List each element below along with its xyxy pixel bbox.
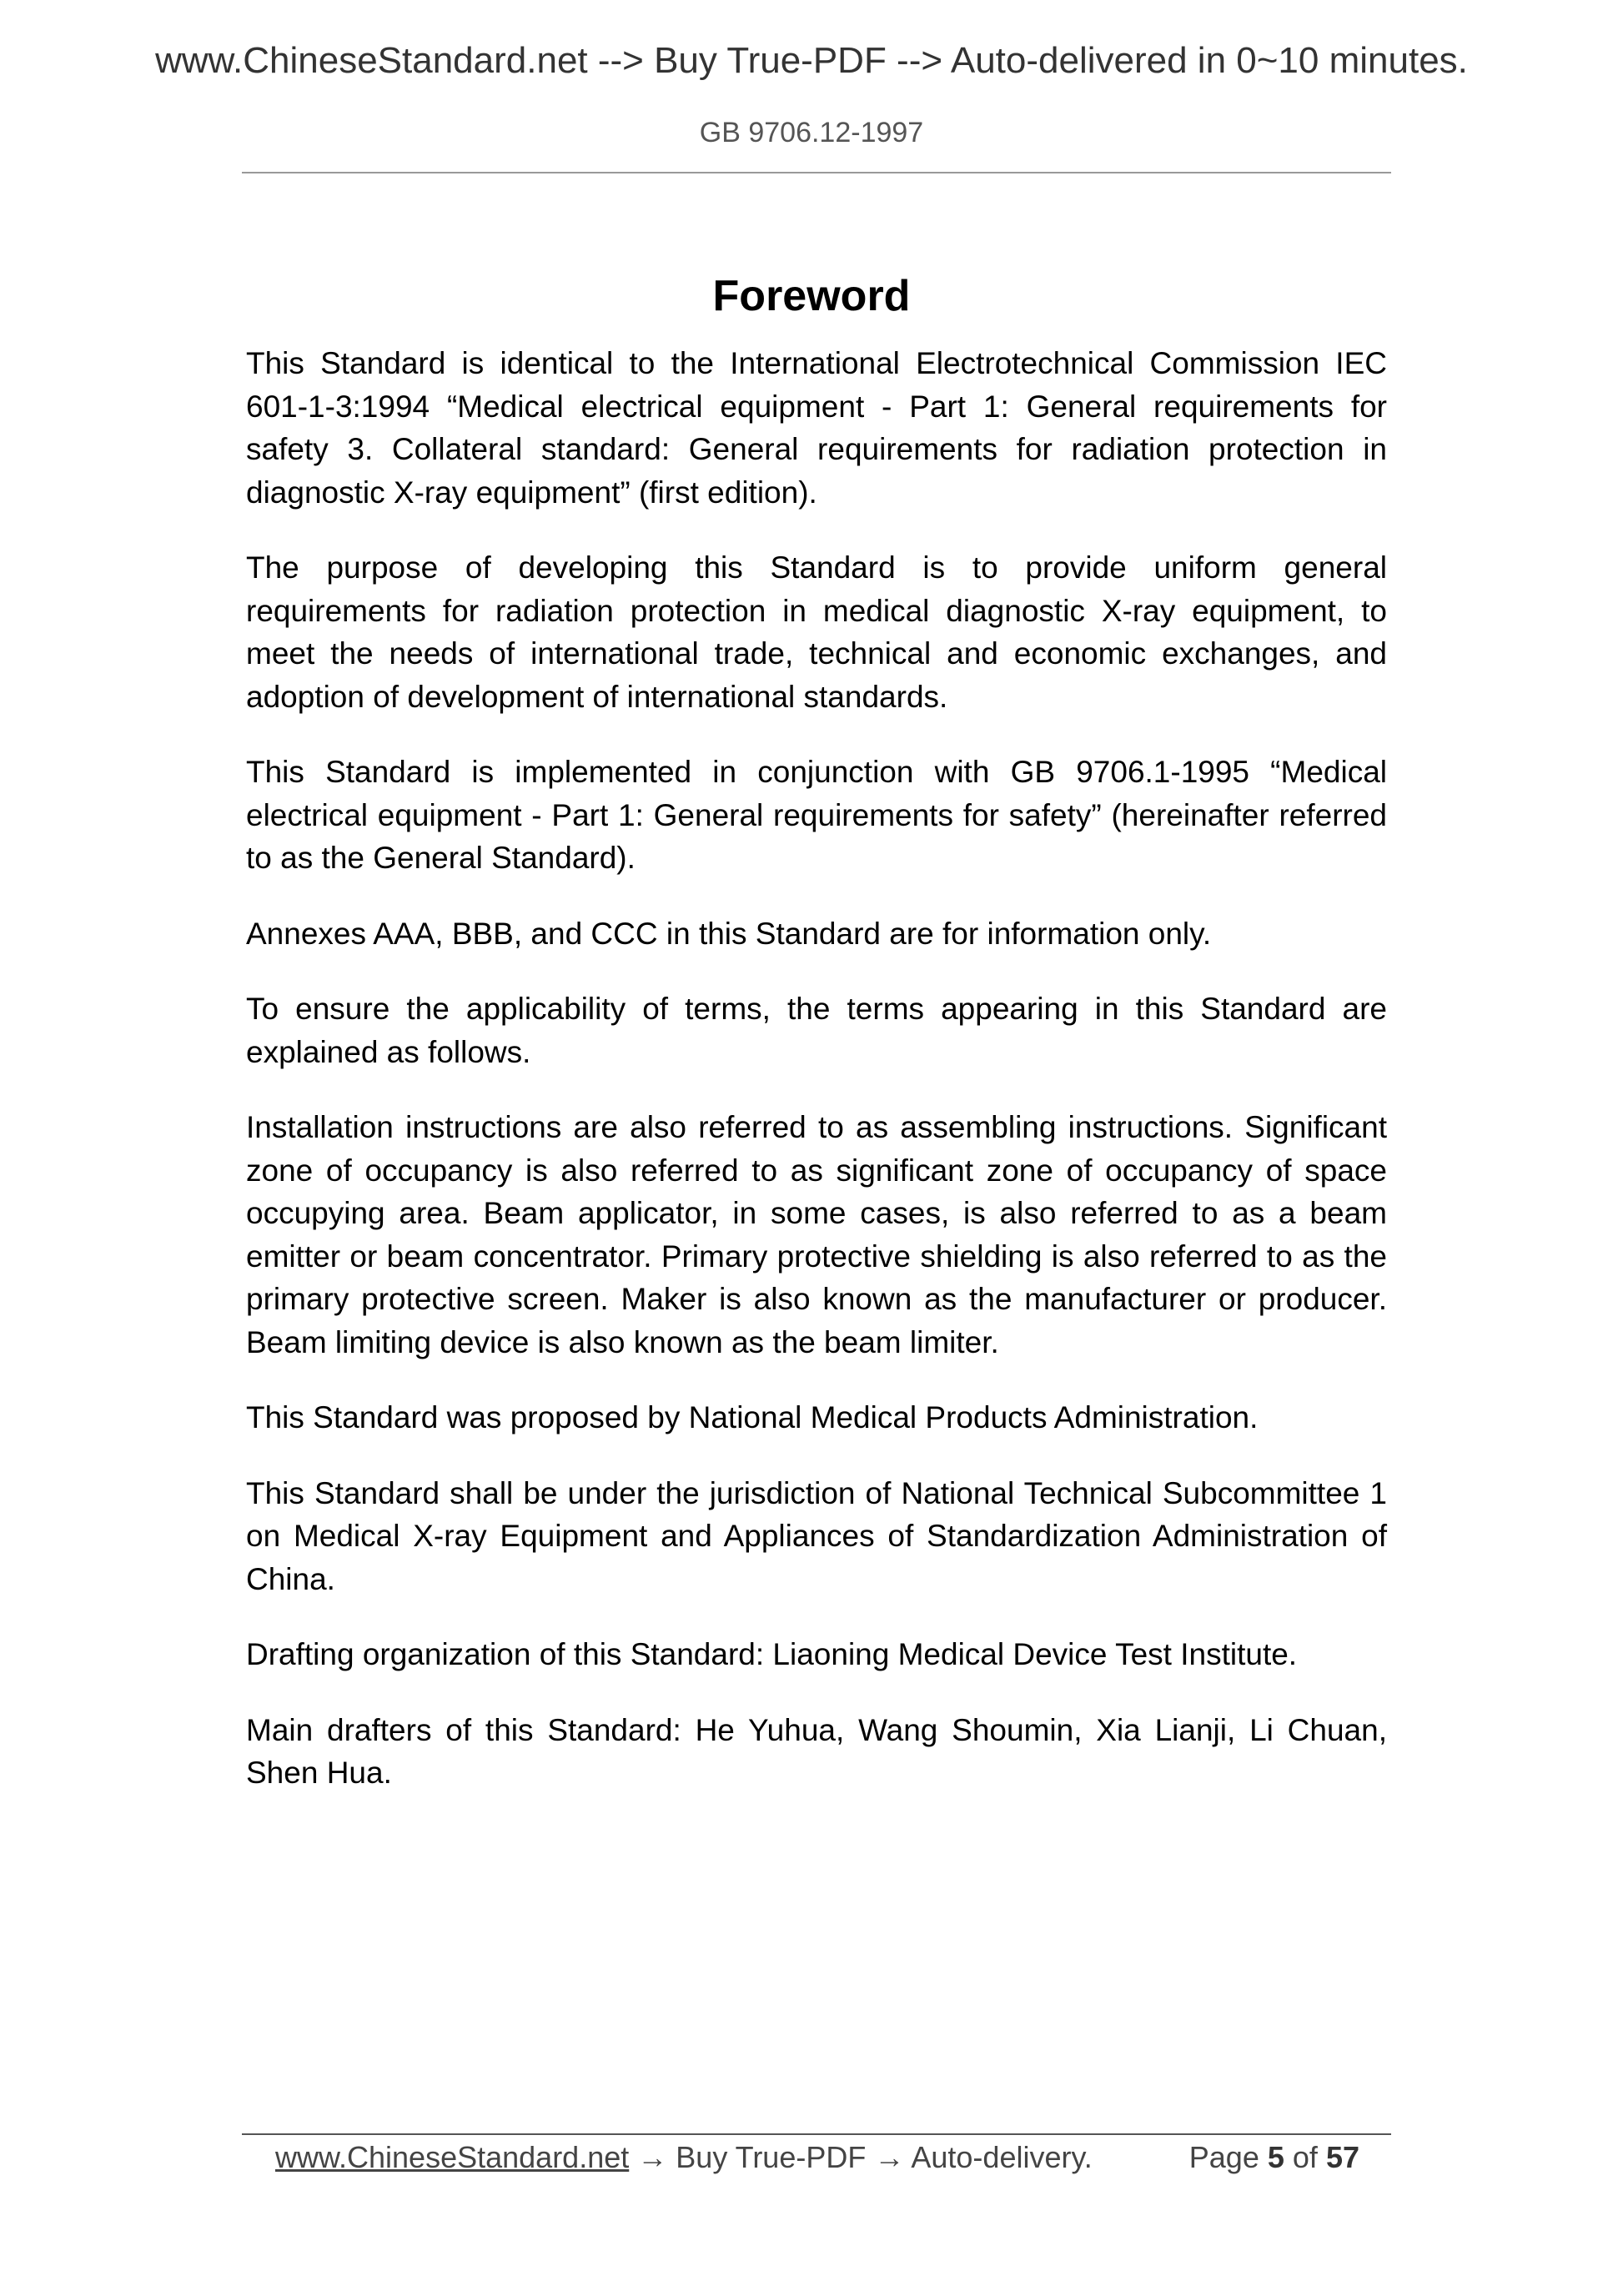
paragraph: To ensure the applicability of terms, th… <box>246 987 1387 1073</box>
arrow-right-icon: → <box>874 2140 904 2174</box>
paragraph: Installation instructions are also refer… <box>246 1106 1387 1364</box>
paragraph: This Standard is identical to the Intern… <box>246 342 1387 514</box>
footer-delivery-text: Auto-delivery. <box>911 2140 1092 2174</box>
paragraph: Main drafters of this Standard: He Yuhua… <box>246 1709 1387 1795</box>
foreword-body: This Standard is identical to the Intern… <box>246 342 1387 1827</box>
footer-site-link[interactable]: www.ChineseStandard.net <box>275 2140 629 2174</box>
footer: www.ChineseStandard.net → Buy True-PDF →… <box>275 2140 1359 2175</box>
paragraph: This Standard shall be under the jurisdi… <box>246 1472 1387 1601</box>
page-total: 57 <box>1326 2140 1359 2174</box>
document-code: GB 9706.12-1997 <box>0 117 1623 149</box>
top-banner: www.ChineseStandard.net --> Buy True-PDF… <box>0 40 1623 82</box>
page-title: Foreword <box>0 271 1623 321</box>
footer-buy-text: Buy True-PDF <box>676 2140 866 2174</box>
paragraph: Annexes AAA, BBB, and CCC in this Standa… <box>246 912 1387 956</box>
page-indicator: Page 5 of 57 <box>1189 2140 1359 2175</box>
paragraph: This Standard was proposed by National M… <box>246 1396 1387 1439</box>
paragraph: The purpose of developing this Standard … <box>246 546 1387 718</box>
header-divider <box>242 172 1391 173</box>
page-of: of <box>1293 2140 1318 2174</box>
page-label: Page <box>1189 2140 1259 2174</box>
arrow-right-icon: → <box>637 2140 667 2174</box>
paragraph: Drafting organization of this Standard: … <box>246 1633 1387 1676</box>
footer-divider <box>242 2133 1391 2135</box>
paragraph: This Standard is implemented in conjunct… <box>246 751 1387 880</box>
page-current: 5 <box>1268 2140 1284 2174</box>
